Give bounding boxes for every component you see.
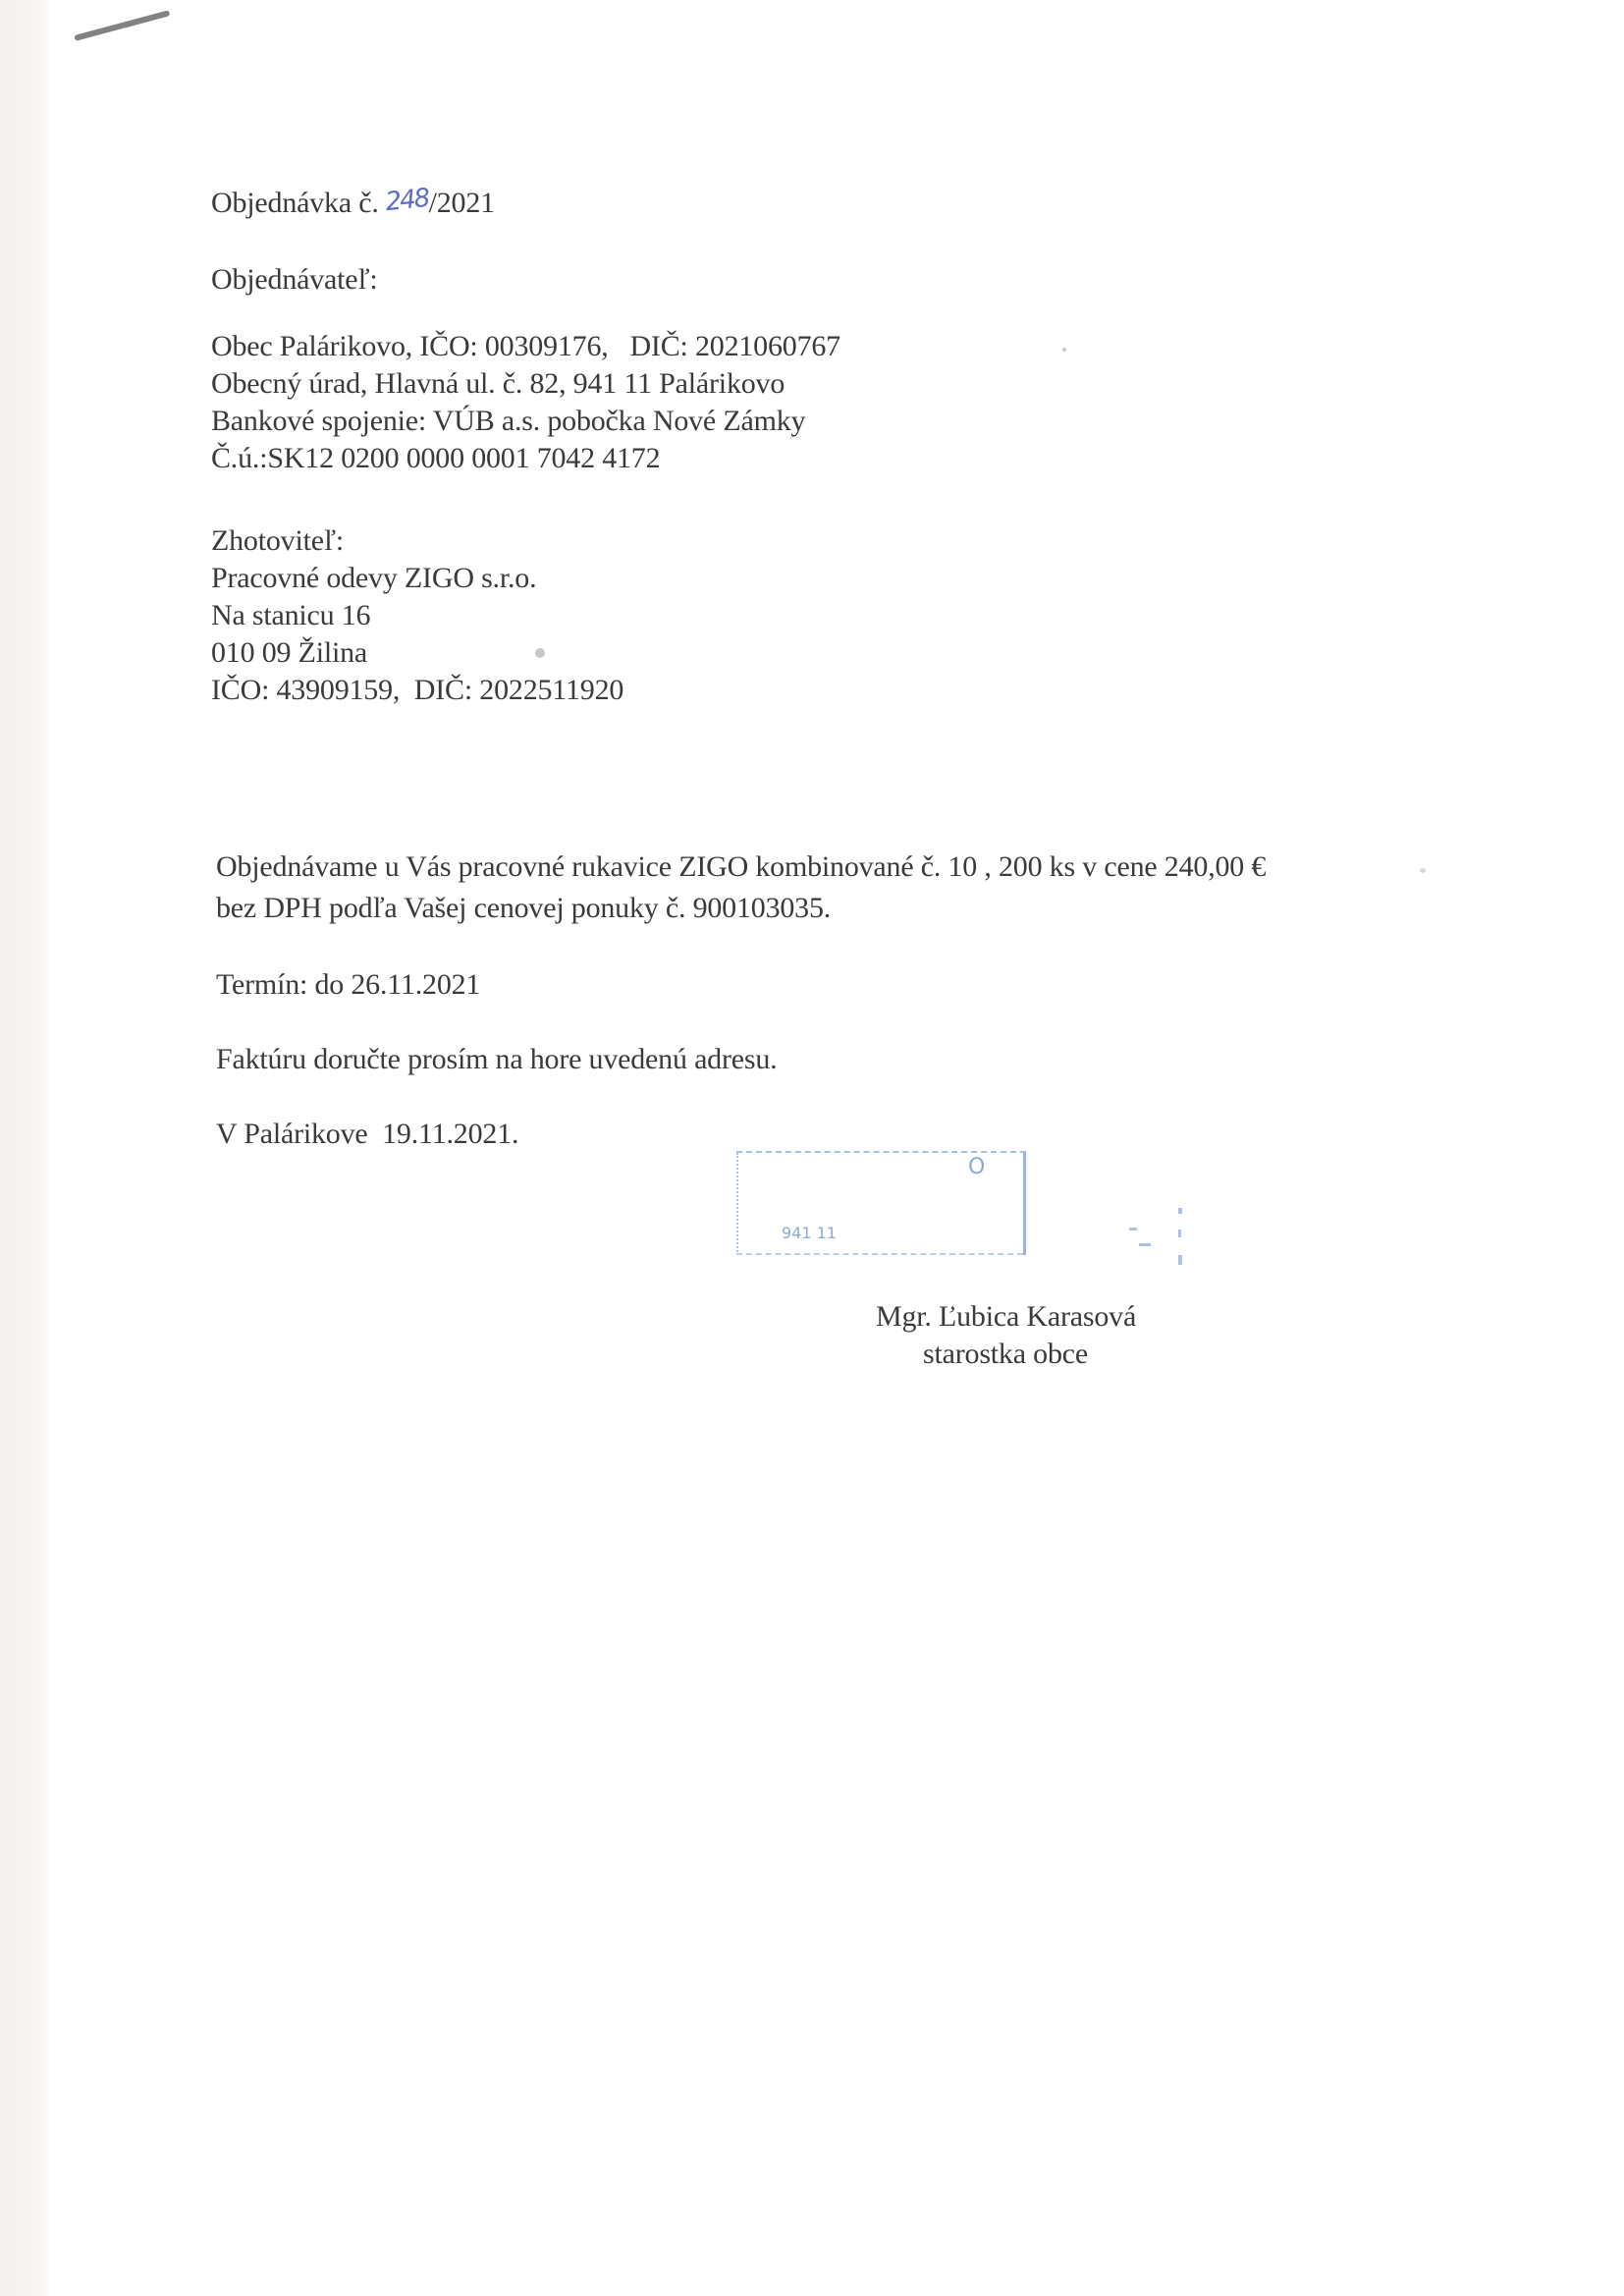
ordering-party-line2: Obecný úrad, Hlavná ul. č. 82, 941 11 Pa…: [211, 365, 785, 403]
stamp-partial-text: O: [968, 1155, 985, 1179]
signatory-title: starostka obce: [923, 1336, 1088, 1373]
order-prefix: Objednávka č.: [211, 187, 386, 219]
ordering-party-line3: Bankové spojenie: VÚB a.s. pobočka Nové …: [211, 403, 805, 440]
order-heading: Objednávka č. 248/2021: [211, 185, 495, 223]
scan-edge-shadow: [0, 0, 49, 2296]
contractor-name: Pracovné odevy ZIGO s.r.o.: [211, 560, 536, 597]
contractor-city: 010 09 Žilina: [211, 634, 367, 672]
pen-mark: [74, 10, 170, 41]
deadline: Termín: do 26.11.2021: [216, 966, 480, 1004]
ordering-party-label: Objednávateľ:: [211, 261, 378, 299]
ordering-party-line4: Č.ú.:SK12 0200 0000 0001 7042 4172: [211, 440, 660, 477]
signatory-name: Mgr. Ľubica Karasová: [876, 1298, 1136, 1336]
contractor-label: Zhotoviteľ:: [211, 522, 344, 560]
contractor-ids: IČO: 43909159, DIČ: 2022511920: [211, 672, 623, 709]
order-text-line2: bez DPH podľa Vašej cenovej ponuky č. 90…: [216, 890, 831, 927]
scan-speck: [535, 648, 545, 658]
stamp-partial-postcode: 941 11: [782, 1224, 837, 1242]
ordering-party-line1: Obec Palárikovo, IČO: 00309176, DIČ: 202…: [211, 328, 840, 365]
invoice-note: Faktúru doručte prosím na hore uvedenú a…: [216, 1041, 777, 1078]
scan-speck: [1062, 348, 1066, 352]
order-text-line1: Objednávame u Vás pracovné rukavice ZIGO…: [216, 848, 1266, 886]
place-date: V Palárikove 19.11.2021.: [216, 1116, 518, 1153]
signature-marks: [1100, 1208, 1188, 1277]
order-suffix: /2021: [429, 187, 495, 219]
scan-speck: [1420, 868, 1426, 873]
contractor-street: Na stanicu 16: [211, 597, 370, 634]
order-number-handwritten: 248: [384, 180, 430, 221]
